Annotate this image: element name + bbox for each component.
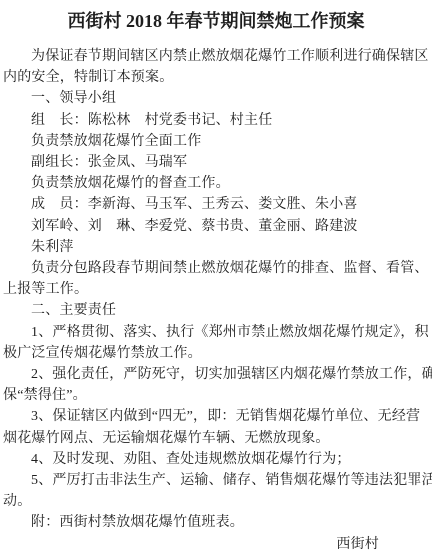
section-heading-2: 二、主要责任 <box>3 300 429 321</box>
document-page: 西街村 2018 年春节期间禁炮工作预案 为保证春节期间辖区内禁止燃放烟花爆竹工… <box>0 0 432 551</box>
document-line: 1、严格贯彻、落实、执行《郑州市禁止燃放烟花爆竹规定》，积 <box>3 322 429 343</box>
section-heading-1: 一、领导小组 <box>3 88 429 109</box>
document-line: 2、强化责任，严防死守，切实加强辖区内烟花爆竹禁放工作，确 <box>3 364 429 385</box>
document-line: 5、严厉打击非法生产、运输、储存、销售烟花爆竹等违法犯罪活 <box>3 470 429 491</box>
document-line: 负责禁放烟花爆竹的督查工作。 <box>3 173 429 194</box>
document-line: 朱利萍 <box>3 237 429 258</box>
document-line: 动。 <box>3 491 429 512</box>
document-line: 负责分包路段春节期间禁止燃放烟花爆竹的排查、监督、看管、 <box>3 258 429 279</box>
document-line: 为保证春节期间辖区内禁止燃放烟花爆竹工作顺利进行确保辖区 <box>3 46 429 67</box>
document-line: 4、及时发现、劝阻、查处违规燃放烟花爆竹行为； <box>3 449 429 470</box>
document-line: 极广泛宣传烟花爆竹禁放工作。 <box>3 343 429 364</box>
document-line: 组 长：陈松林 村党委书记、村主任 <box>3 110 429 131</box>
document-title: 西街村 2018 年春节期间禁炮工作预案 <box>3 8 429 34</box>
document-line: 烟花爆竹网点、无运输烟花爆竹车辆、无燃放现象。 <box>3 428 429 449</box>
document-line: 3、保证辖区内做到“四无”，即：无销售烟花爆竹单位、无经营 <box>3 406 429 427</box>
document-line: 副组长：张金凤、马瑞军 <box>3 152 429 173</box>
document-line: 成 员：李新海、马玉军、王秀云、娄文胜、朱小喜 <box>3 194 429 215</box>
document-line: 内的安全，特制订本预案。 <box>3 67 429 88</box>
attachment-note: 附：西街村禁放烟花爆竹值班表。 <box>3 512 429 533</box>
document-line: 保“禁得住”。 <box>3 385 429 406</box>
document-line: 上报等工作。 <box>3 279 429 300</box>
document-line: 刘军岭、刘 琳、李爱党、蔡书贵、董金丽、路建波 <box>3 216 429 237</box>
document-body: 为保证春节期间辖区内禁止燃放烟花爆竹工作顺利进行确保辖区内的安全，特制订本预案。… <box>3 46 429 551</box>
signature: 西街村 <box>3 534 429 551</box>
document-line: 负责禁放烟花爆竹全面工作 <box>3 131 429 152</box>
